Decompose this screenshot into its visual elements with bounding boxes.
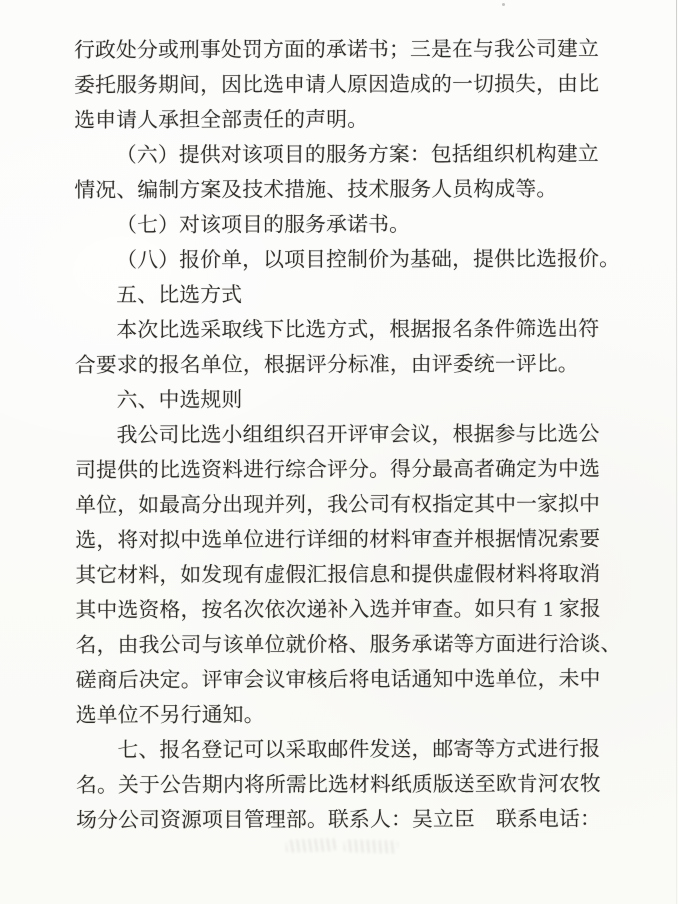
scan-edge-line — [676, 0, 677, 904]
document-line: 选单位不另行通知。 — [76, 697, 600, 733]
document-line: 场分公司资源项目管理部。联系人：吴立臣 联系电话： — [76, 802, 600, 838]
scan-bleed-artifact — [286, 838, 336, 853]
document-line: 名，由我公司与该单位就价格、服务承诺等方面进行洽谈、 — [76, 627, 600, 663]
document-line: （六）提供对该项目的服务方案：包括组织机构建立 — [74, 137, 598, 173]
document-line: 司提供的比选资料进行综合评分。得分最高者确定为中选 — [75, 452, 599, 488]
document-line: 其中选资格，按名次依次递补入选并审查。如只有 1 家报 — [75, 592, 599, 628]
document-line: 五、比选方式 — [75, 277, 599, 313]
document-line: 委托服务期间，因比选申请人原因造成的一切损失，由比 — [74, 67, 598, 103]
document-line: （八）报价单，以项目控制价为基础，提供比选报价。 — [75, 242, 599, 278]
document-line: 其它材料，如发现有虚假汇报信息和提供虚假材料将取消 — [75, 557, 599, 593]
document-line: 选，将对拟中选单位进行详细的材料审查并根据情况索要 — [75, 522, 599, 558]
document-line: 名。关于公告期内将所需比选材料纸质版送至欧肯河农牧 — [76, 767, 600, 803]
document-line: 选申请人承担全部责任的声明。 — [74, 102, 598, 138]
document-line: 七、报名登记可以采取邮件发送，邮寄等方式进行报 — [76, 732, 600, 768]
scanned-document-page: 行政处分或刑事处罚方面的承诺书；三是在与我公司建立委托服务期间，因比选申请人原因… — [0, 0, 678, 904]
document-body: 行政处分或刑事处罚方面的承诺书；三是在与我公司建立委托服务期间，因比选申请人原因… — [74, 32, 600, 838]
document-line: 单位，如最高分出现并列，我公司有权指定其中一家拟中 — [75, 487, 599, 523]
document-line: 我公司比选小组组织召开评审会议，根据参与比选公 — [75, 417, 599, 453]
document-line: 情况、编制方案及技术措施、技术服务人员构成等。 — [74, 172, 598, 208]
document-line: 行政处分或刑事处罚方面的承诺书；三是在与我公司建立 — [74, 32, 598, 68]
scan-speck-artifact — [502, 3, 505, 6]
scan-bleed-artifact — [344, 839, 398, 853]
document-line: 六、中选规则 — [75, 382, 599, 418]
document-line: 合要求的报名单位，根据评分标准，由评委统一评比。 — [75, 347, 599, 383]
document-line: 本次比选采取线下比选方式，根据报名条件筛选出符 — [75, 312, 599, 348]
document-line: （七）对该项目的服务承诺书。 — [74, 207, 598, 243]
document-line: 磋商后决定。评审会议审核后将电话通知中选单位，未中 — [76, 662, 600, 698]
